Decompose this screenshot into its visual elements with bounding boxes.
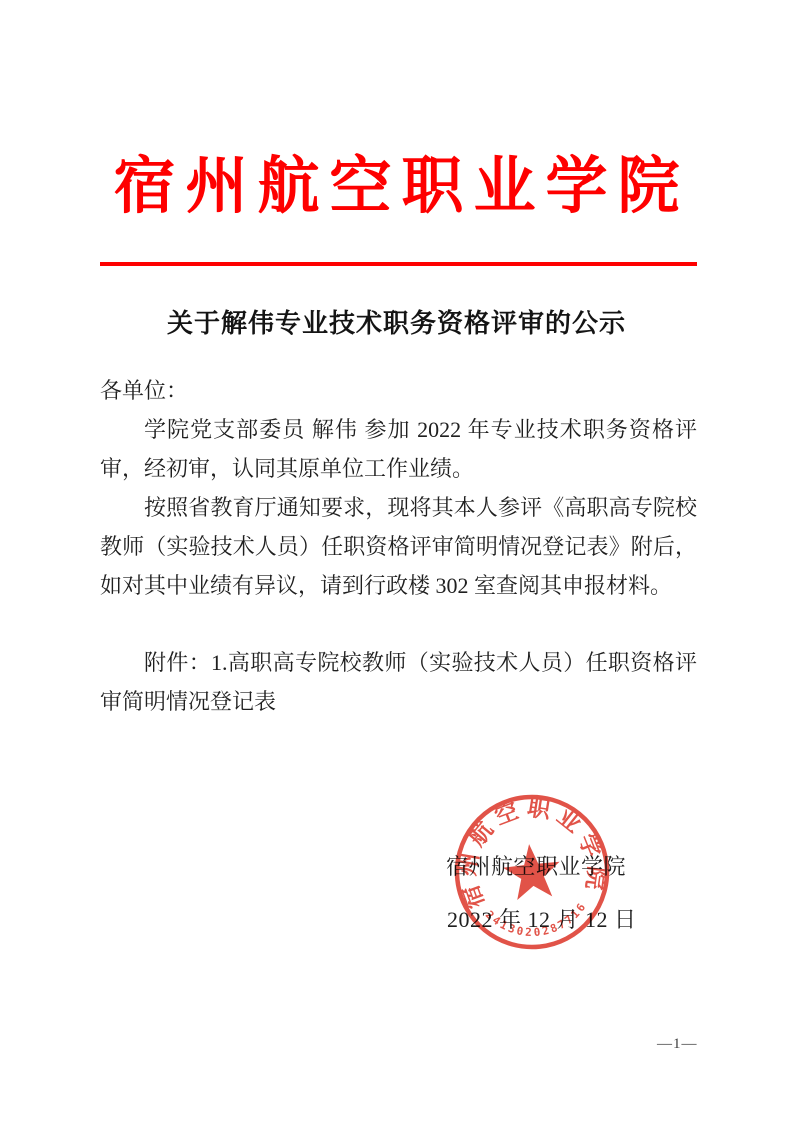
attachment-line: 附件：1.高职高专院校教师（实验技术人员）任职资格评审简明情况登记表 (100, 643, 697, 721)
header-rule (100, 262, 697, 266)
signature-date: 2022 年 12 月 12 日 (447, 903, 637, 934)
document-body: 各单位： 学院党支部委员 解伟 参加 2022 年专业技术职务资格评审，经初审，… (100, 371, 697, 721)
masthead-title: 宿州航空职业学院 (0, 136, 793, 225)
paragraph-1: 学院党支部委员 解伟 参加 2022 年专业技术职务资格评审，经初审，认同其原单… (100, 410, 697, 488)
salutation: 各单位： (100, 371, 697, 410)
paragraph-2: 按照省教育厅通知要求，现将其本人参评《高职高专院校教师（实验技术人员）任职资格评… (100, 488, 697, 605)
document-title: 关于解伟专业技术职务资格评审的公示 (0, 303, 793, 340)
page-number: —1— (657, 1036, 698, 1053)
signature-org: 宿州航空职业学院 (446, 850, 626, 881)
document-page: 宿州航空职业学院 关于解伟专业技术职务资格评审的公示 各单位： 学院党支部委员 … (0, 0, 793, 1122)
